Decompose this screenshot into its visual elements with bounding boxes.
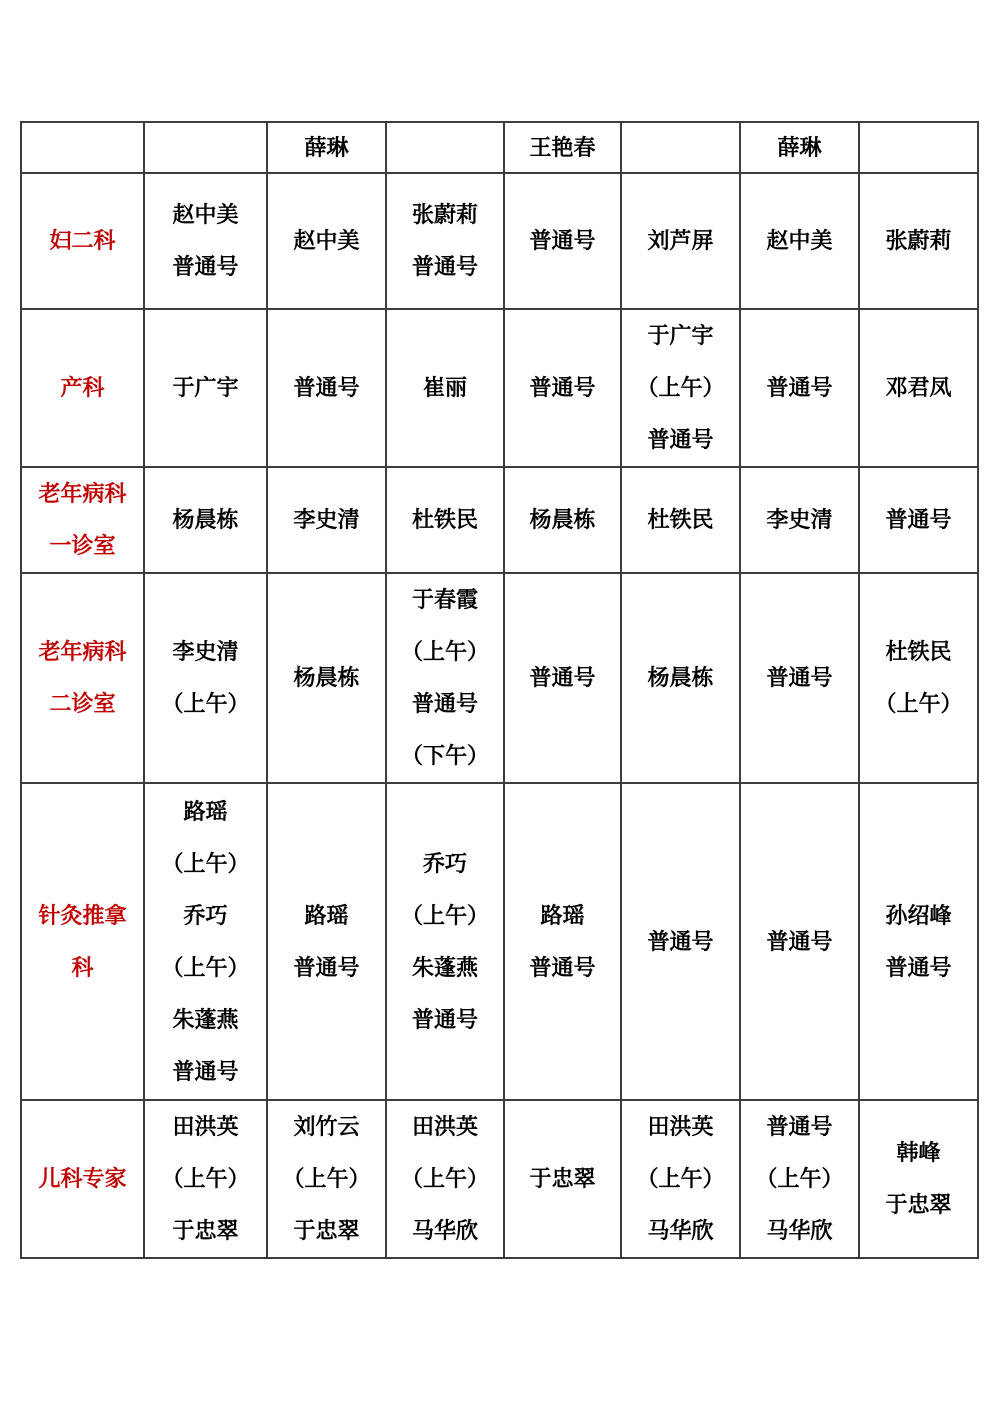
schedule-cell: 崔丽 (386, 309, 504, 467)
schedule-row: 老年病科 二诊室李史清 （上午）杨晨栋于春霞 （上午） 普通号 （下午）普通号杨… (21, 573, 978, 783)
schedule-cell: 普通号 (504, 173, 621, 309)
schedule-cell: 于广宇 （上午） 普通号 (621, 309, 740, 467)
schedule-cell: 赵中美 (740, 173, 859, 309)
schedule-cell: 普通号 (504, 573, 621, 783)
document-page: 薛琳王艳春薛琳妇二科赵中美 普通号赵中美张蔚莉 普通号普通号刘芦屏赵中美张蔚莉产… (0, 0, 992, 1403)
schedule-cell: 刘芦屏 (621, 173, 740, 309)
schedule-cell: 路瑶 普通号 (504, 783, 621, 1100)
schedule-cell: 李史清 (740, 467, 859, 573)
schedule-cell: 杜铁民 (621, 467, 740, 573)
department-cell: 针灸推拿 科 (21, 783, 144, 1100)
schedule-cell: 杜铁民 (386, 467, 504, 573)
department-cell: 儿科专家 (21, 1100, 144, 1258)
schedule-cell: 杨晨栋 (267, 573, 386, 783)
schedule-cell: 路瑶 普通号 (267, 783, 386, 1100)
schedule-cell: 李史清 (267, 467, 386, 573)
schedule-cell: 田洪英 （上午） 于忠翠 (144, 1100, 267, 1258)
schedule-cell: 邓君凤 (859, 309, 978, 467)
empty-cell (144, 122, 267, 173)
schedule-cell: 韩峰 于忠翠 (859, 1100, 978, 1258)
schedule-cell: 赵中美 普通号 (144, 173, 267, 309)
schedule-cell: 张蔚莉 (859, 173, 978, 309)
empty-cell (386, 122, 504, 173)
department-cell: 老年病科 一诊室 (21, 467, 144, 573)
schedule-cell: 杨晨栋 (144, 467, 267, 573)
department-cell: 产科 (21, 309, 144, 467)
schedule-cell: 田洪英 （上午） 马华欣 (621, 1100, 740, 1258)
empty-cell (859, 122, 978, 173)
schedule-cell: 孙绍峰 普通号 (859, 783, 978, 1100)
schedule-cell: 普通号 (859, 467, 978, 573)
schedule-table: 薛琳王艳春薛琳妇二科赵中美 普通号赵中美张蔚莉 普通号普通号刘芦屏赵中美张蔚莉产… (20, 121, 979, 1259)
schedule-cell: 普通号 (267, 309, 386, 467)
schedule-cell: 普通号 (504, 309, 621, 467)
empty-cell (21, 122, 144, 173)
schedule-cell: 普通号 (621, 783, 740, 1100)
header-duty-cell: 薛琳 (740, 122, 859, 173)
schedule-row: 儿科专家田洪英 （上午） 于忠翠刘竹云 （上午） 于忠翠田洪英 （上午） 马华欣… (21, 1100, 978, 1258)
schedule-row: 老年病科 一诊室杨晨栋李史清杜铁民杨晨栋杜铁民李史清普通号 (21, 467, 978, 573)
schedule-row: 针灸推拿 科路瑶 （上午） 乔巧 （上午） 朱蓬燕 普通号路瑶 普通号乔巧 （上… (21, 783, 978, 1100)
department-cell: 妇二科 (21, 173, 144, 309)
header-duty-cell: 薛琳 (267, 122, 386, 173)
schedule-cell: 于忠翠 (504, 1100, 621, 1258)
schedule-cell: 路瑶 （上午） 乔巧 （上午） 朱蓬燕 普通号 (144, 783, 267, 1100)
schedule-row: 妇二科赵中美 普通号赵中美张蔚莉 普通号普通号刘芦屏赵中美张蔚莉 (21, 173, 978, 309)
schedule-cell: 刘竹云 （上午） 于忠翠 (267, 1100, 386, 1258)
schedule-cell: 乔巧 （上午） 朱蓬燕 普通号 (386, 783, 504, 1100)
schedule-cell: 于春霞 （上午） 普通号 （下午） (386, 573, 504, 783)
schedule-cell: 田洪英 （上午） 马华欣 (386, 1100, 504, 1258)
header-duty-cell: 王艳春 (504, 122, 621, 173)
schedule-cell: 普通号 (740, 783, 859, 1100)
schedule-cell: 赵中美 (267, 173, 386, 309)
schedule-cell: 普通号 （上午） 马华欣 (740, 1100, 859, 1258)
schedule-cell: 杨晨栋 (621, 573, 740, 783)
schedule-cell: 普通号 (740, 309, 859, 467)
schedule-cell: 于广宇 (144, 309, 267, 467)
schedule-cell: 普通号 (740, 573, 859, 783)
schedule-cell: 李史清 （上午） (144, 573, 267, 783)
empty-cell (621, 122, 740, 173)
schedule-cell: 杜铁民 （上午） (859, 573, 978, 783)
schedule-cell: 杨晨栋 (504, 467, 621, 573)
department-cell: 老年病科 二诊室 (21, 573, 144, 783)
schedule-row: 产科于广宇普通号崔丽普通号于广宇 （上午） 普通号普通号邓君凤 (21, 309, 978, 467)
header-row: 薛琳王艳春薛琳 (21, 122, 978, 173)
schedule-table-body: 薛琳王艳春薛琳妇二科赵中美 普通号赵中美张蔚莉 普通号普通号刘芦屏赵中美张蔚莉产… (21, 122, 978, 1258)
schedule-cell: 张蔚莉 普通号 (386, 173, 504, 309)
